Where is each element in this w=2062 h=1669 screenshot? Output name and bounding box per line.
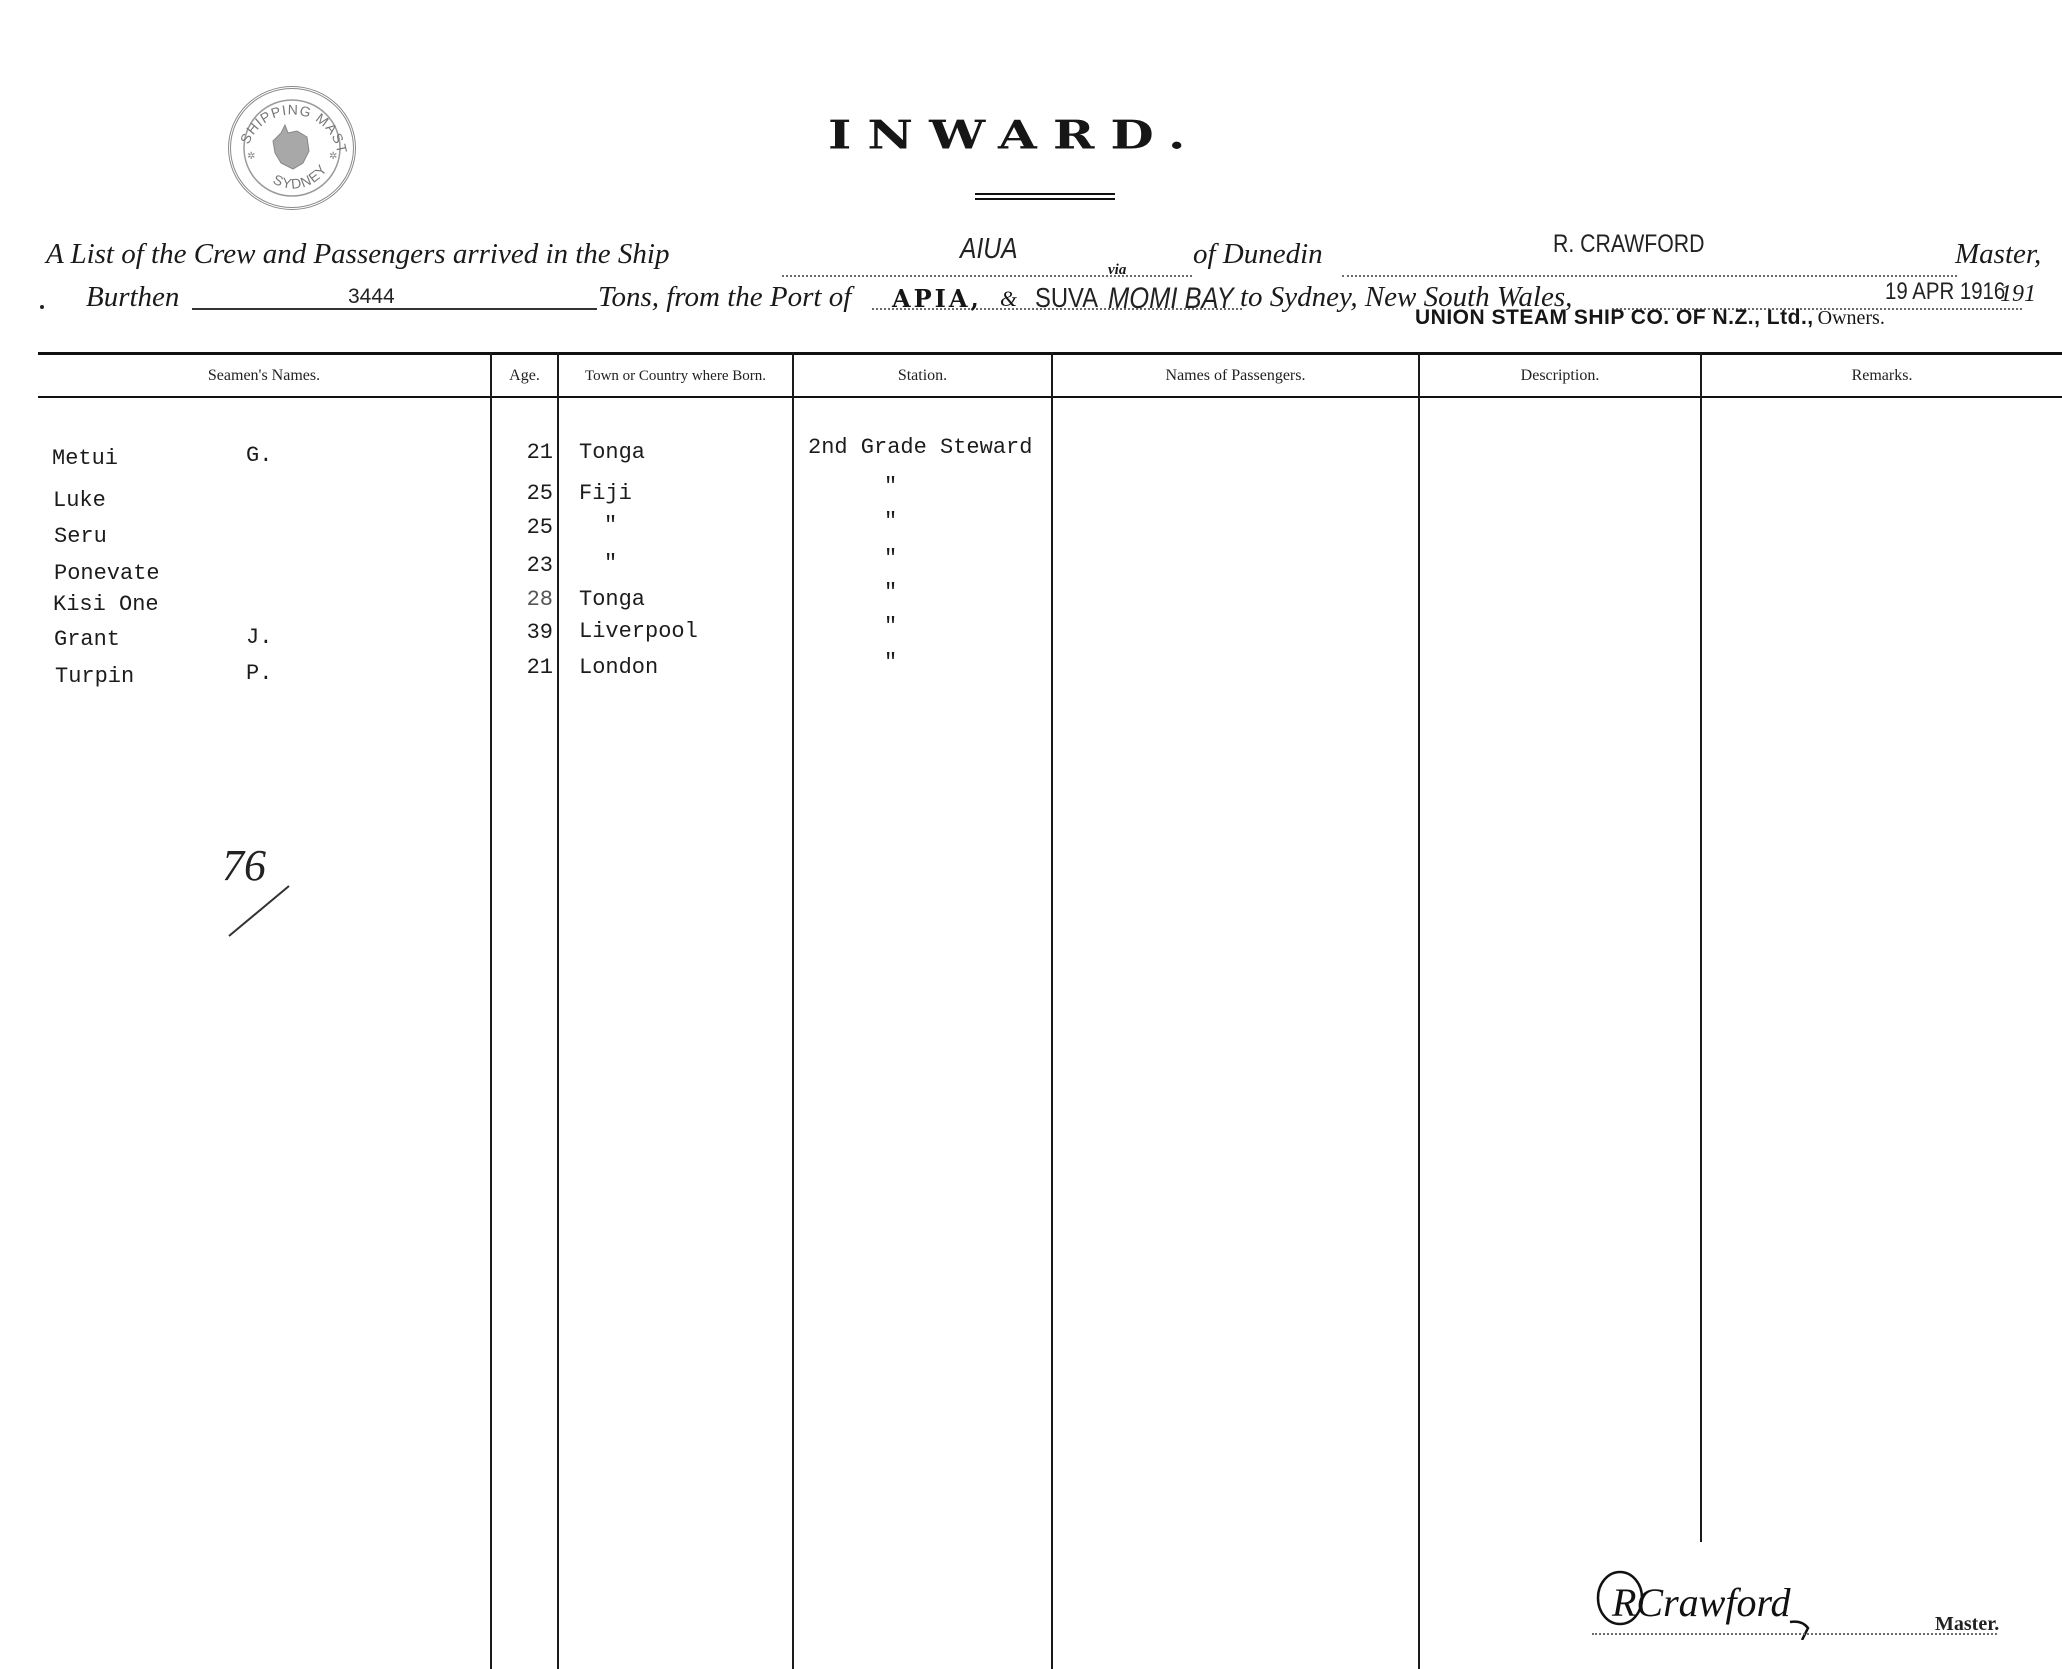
row-age: 39 [490,620,553,645]
owners-label: Owners. [1818,307,1885,329]
signature-master-label: Master. [1935,1613,1999,1636]
svg-text:SYDNEY: SYDNEY [271,161,331,192]
svg-text:RCrawford: RCrawford [1611,1580,1792,1625]
master-fill-line [1342,275,1957,277]
svg-text:✲: ✲ [247,151,255,162]
row-initial: J. [246,625,272,650]
column-divider [1700,352,1702,1542]
shipping-master-stamp: SHIPPING MASTER SYDNEY ✲ ✲ [228,86,356,210]
table-header-bottom-rule [38,396,2062,398]
row-born: Liverpool [579,619,698,644]
row-station: " [884,509,897,534]
column-divider [490,352,492,1669]
row-station: " [884,650,897,675]
column-divider [1418,352,1420,1669]
row-born: " [604,513,617,538]
col-header-born: Town or Country where Born. [559,356,792,396]
row-age: 23 [490,553,553,578]
date-stamp: 19 APR 1916 [1885,278,2005,306]
row-age: 25 [490,481,553,506]
row-age: 21 [490,440,553,465]
title-double-rule [975,193,1115,195]
row-born: Fiji [579,481,632,506]
and-mark: & [1000,286,1017,312]
row-station: " [884,546,897,571]
burthen-label: Burthen [86,281,179,314]
master-label: Master, [1955,238,2041,271]
master-name: R. CRAWFORD [1553,230,1704,259]
master-signature: RCrawford [1590,1560,1850,1640]
row-surname: Metui [52,446,118,471]
year-suffix: 191 [2000,281,2036,308]
column-divider [557,352,559,1669]
burthen-value: 3444 [348,285,395,309]
port-via-1: SUVA [1035,282,1098,314]
col-header-age: Age. [492,356,557,396]
row-station: " [884,614,897,639]
row-age: 25 [490,515,553,540]
row-born: Tonga [579,587,645,612]
col-header-seamen-names: Seamen's Names. [38,356,490,396]
row-surname: Seru [54,524,107,549]
document-title: INWARD. [828,112,1201,158]
title-double-rule [975,198,1115,200]
pencil-stroke-icon [225,880,295,940]
of-port-label: of Dunedin [1193,238,1323,271]
row-age: 21 [490,655,553,680]
row-surname: Ponevate [54,561,160,586]
svg-text:✲: ✲ [329,151,337,162]
row-surname: Turpin [55,664,134,689]
header-line1-prefix: A List of the Crew and Passengers arrive… [46,238,670,271]
row-station: " [884,580,897,605]
row-surname: Luke [53,488,106,513]
row-initial: P. [246,661,272,686]
row-station: 2nd Grade Steward [808,435,1032,460]
column-divider [1051,352,1053,1669]
table-top-rule [38,352,2062,355]
tons-from-port-label: Tons, from the Port of [598,281,851,314]
port-from: APIA, [892,284,982,313]
port-via-2: MOMI BAY [1108,282,1234,316]
ship-name: AIUA [960,233,1018,266]
col-header-station: Station. [794,356,1051,396]
column-divider [792,352,794,1669]
row-initial: G. [246,443,272,468]
row-born: London [579,655,658,680]
row-station: " [884,474,897,499]
row-surname: Kisi One [53,592,159,617]
via-annotation: via [1108,262,1126,279]
row-surname: Grant [54,627,120,652]
row-born: Tonga [579,440,645,465]
ship-name-fill-line [782,275,1192,277]
crown-icon: SHIPPING MASTER SYDNEY ✲ ✲ [231,89,353,207]
col-header-description: Description. [1420,356,1700,396]
row-age: 28 [490,587,553,612]
margin-dot [40,305,44,309]
row-born: " [604,551,617,576]
col-header-remarks: Remarks. [1702,356,2062,396]
owners-name: UNION STEAM SHIP CO. OF N.Z., Ltd., [1415,306,1814,329]
owners-line: UNION STEAM SHIP CO. OF N.Z., Ltd., Owne… [1415,306,1885,330]
col-header-passenger-names: Names of Passengers. [1053,356,1418,396]
